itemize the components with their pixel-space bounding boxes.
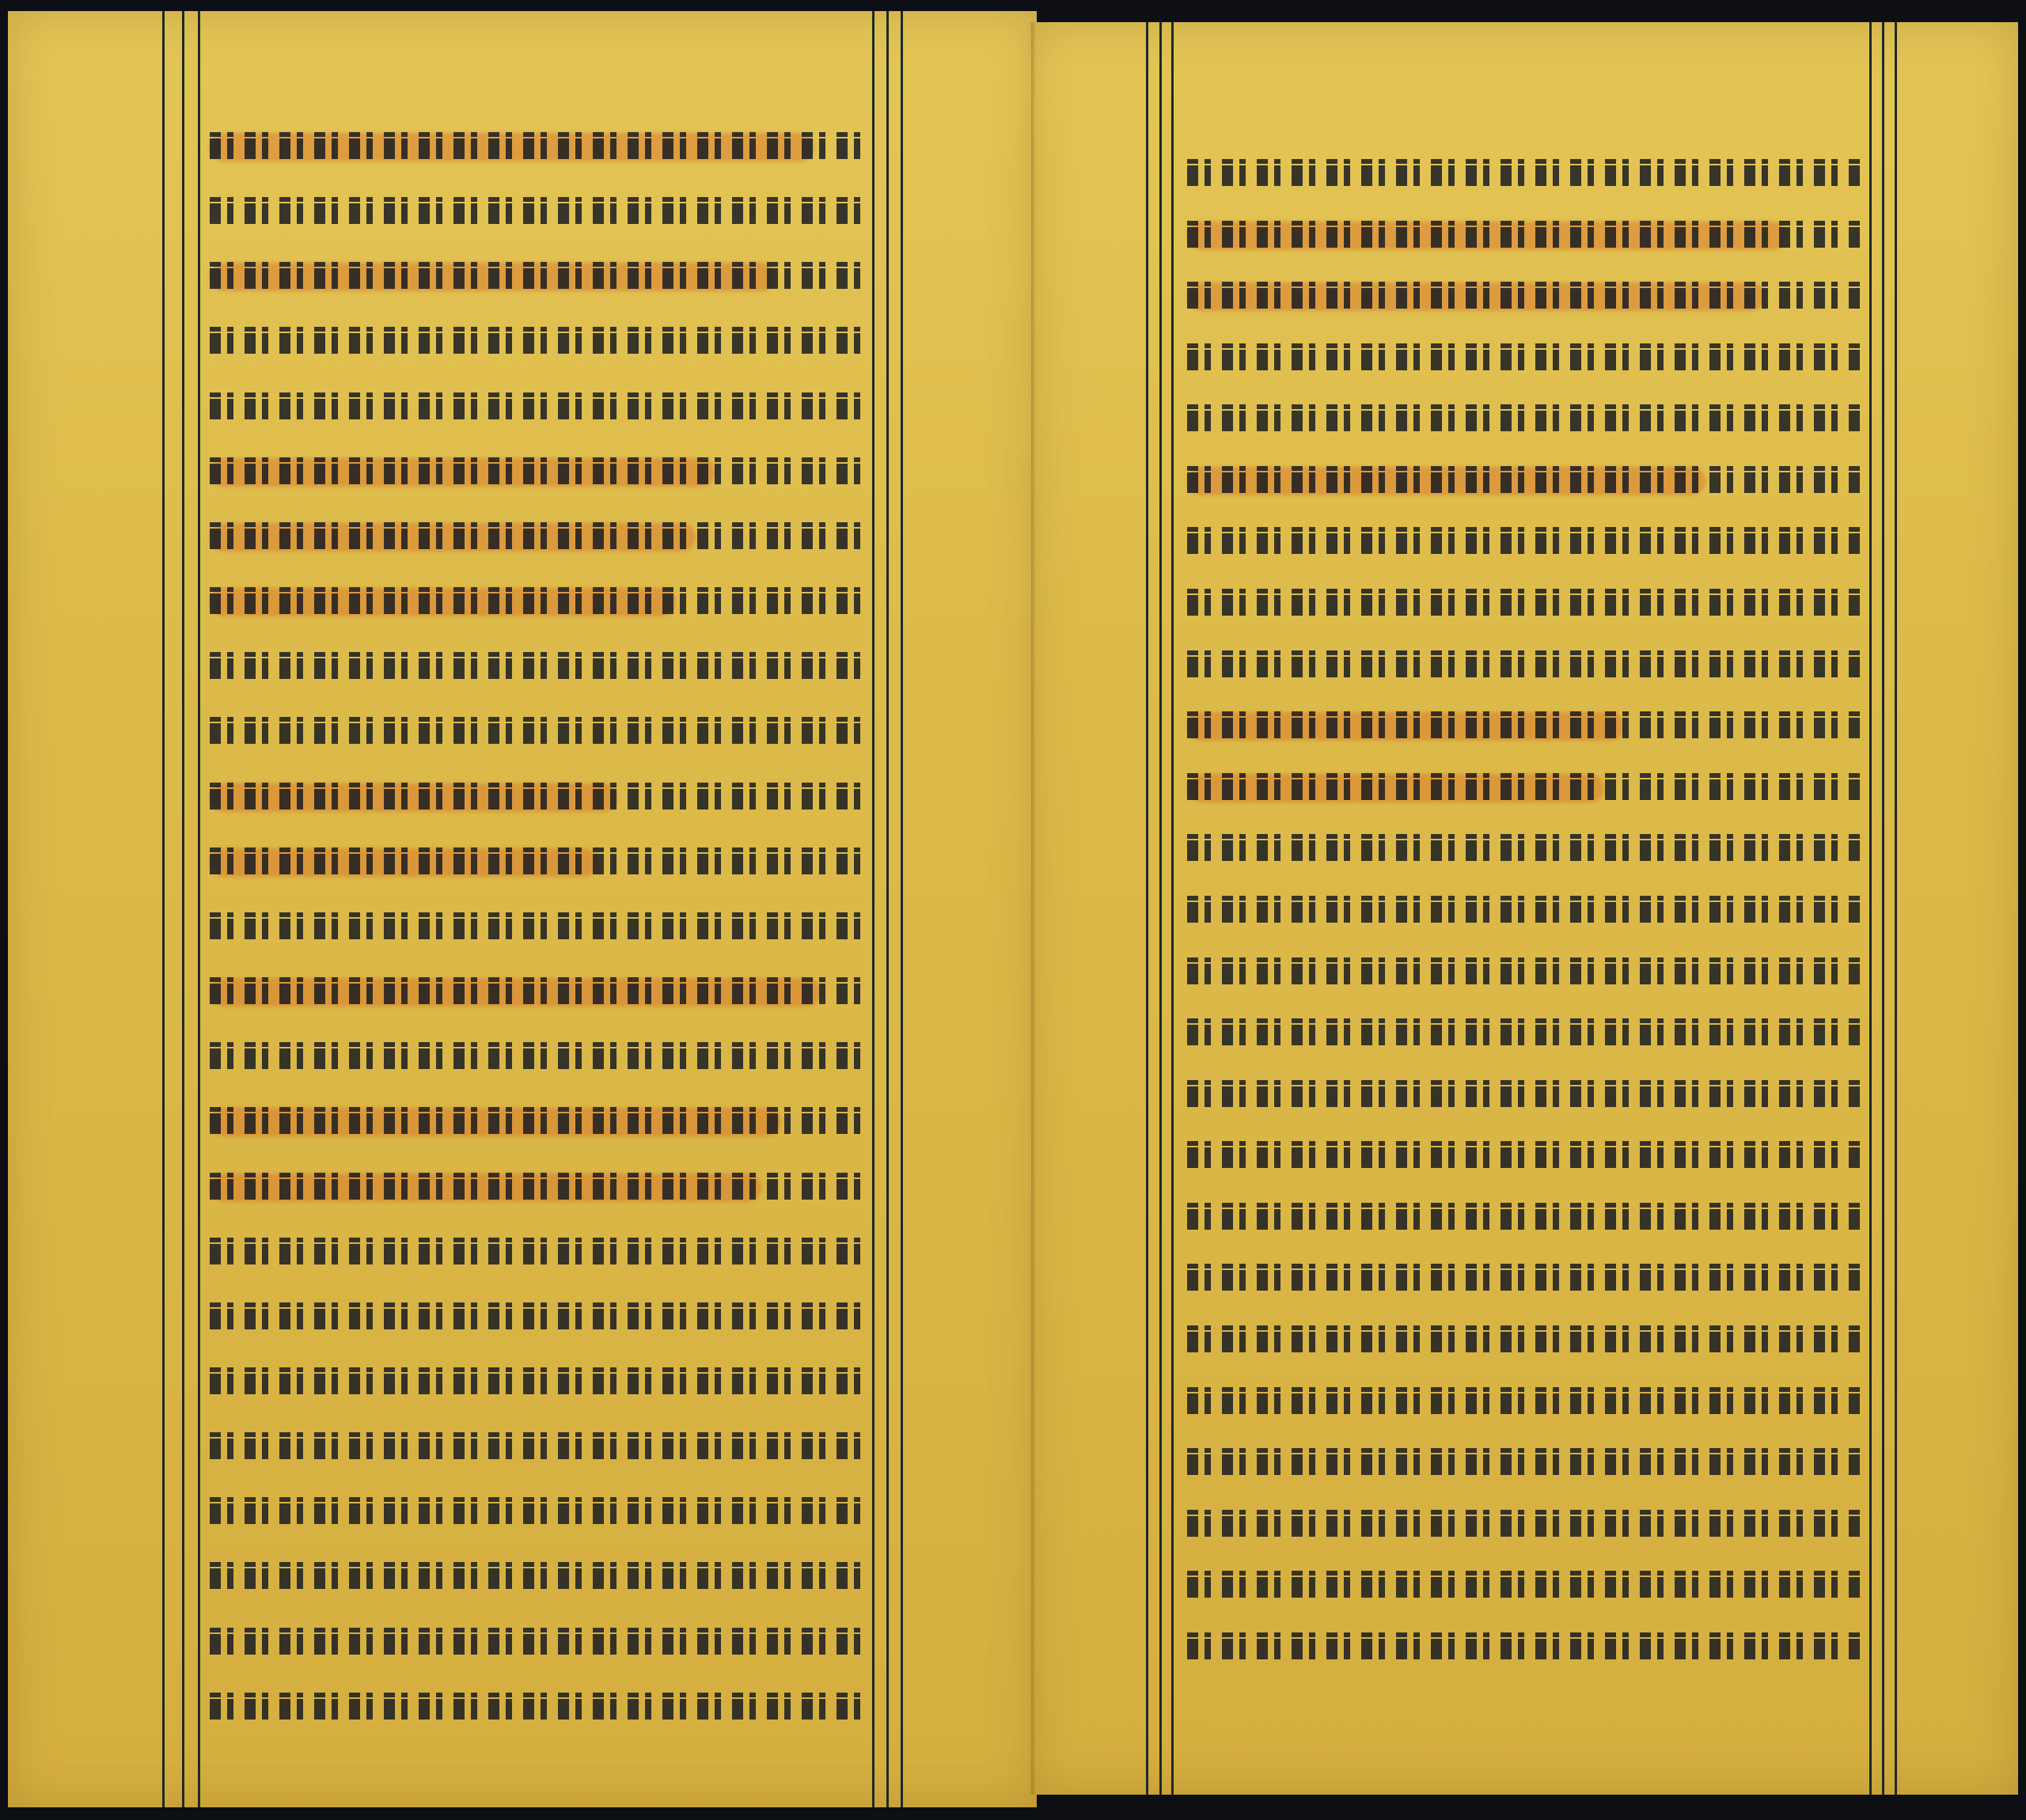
manuscript-line xyxy=(1187,333,1860,379)
manuscript-line xyxy=(210,317,867,362)
handwritten-script xyxy=(1187,1566,1860,1601)
handwritten-script xyxy=(210,257,867,292)
handwritten-script xyxy=(1187,522,1860,557)
handwritten-script xyxy=(1187,400,1860,434)
margin-rule xyxy=(162,11,165,1807)
margin-rule xyxy=(1869,22,1872,1795)
handwritten-script xyxy=(1187,277,1860,312)
handwritten-script xyxy=(210,1688,867,1723)
manuscript-line xyxy=(210,252,867,298)
handwritten-script xyxy=(1187,1443,1860,1478)
manuscript-line xyxy=(1187,947,1860,993)
handwritten-script xyxy=(1187,768,1860,803)
manuscript-line xyxy=(210,1422,867,1468)
margin-rule xyxy=(1895,22,1897,1795)
handwritten-script xyxy=(210,1428,867,1462)
manuscript-line xyxy=(210,707,867,753)
margin-rule xyxy=(872,11,875,1807)
manuscript-line xyxy=(1187,210,1860,256)
handwritten-script xyxy=(210,1168,867,1203)
handwritten-script xyxy=(210,1363,867,1397)
manuscript-line xyxy=(1187,1315,1860,1361)
manuscript-line xyxy=(210,1617,867,1663)
handwritten-script xyxy=(1187,646,1860,681)
margin-rule xyxy=(182,11,184,1807)
right-page-text-block xyxy=(1187,149,1860,1668)
margin-rule xyxy=(1171,22,1174,1795)
handwritten-script xyxy=(1187,891,1860,926)
manuscript-line xyxy=(1187,824,1860,870)
manuscript-line xyxy=(210,1032,867,1078)
handwritten-script xyxy=(1187,154,1860,189)
manuscript-line xyxy=(1187,1560,1860,1606)
manuscript-page-left xyxy=(8,11,1037,1807)
handwritten-script xyxy=(210,388,867,423)
handwritten-script xyxy=(210,1037,867,1072)
handwritten-script xyxy=(210,127,867,162)
manuscript-line xyxy=(1187,517,1860,563)
handwritten-script xyxy=(210,908,867,942)
handwritten-script xyxy=(1187,1259,1860,1294)
handwritten-script xyxy=(1187,584,1860,619)
handwritten-script xyxy=(210,1102,867,1137)
handwritten-script xyxy=(210,582,867,617)
manuscript-line xyxy=(1187,1253,1860,1299)
manuscript-line xyxy=(1187,1192,1860,1238)
handwritten-script xyxy=(1187,1198,1860,1233)
manuscript-line xyxy=(210,382,867,428)
manuscript-line xyxy=(210,837,867,883)
manuscript-line xyxy=(1187,456,1860,502)
manuscript-line xyxy=(210,1227,867,1273)
manuscript-line xyxy=(210,577,867,623)
manuscript-line xyxy=(1187,271,1860,317)
manuscript-line xyxy=(1187,1500,1860,1545)
manuscript-line xyxy=(210,1097,867,1143)
handwritten-script xyxy=(1187,1628,1860,1663)
manuscript-line xyxy=(1187,149,1860,195)
handwritten-script xyxy=(210,843,867,878)
handwritten-script xyxy=(210,322,867,357)
handwritten-script xyxy=(1187,1136,1860,1171)
manuscript-line xyxy=(1187,1438,1860,1484)
margin-rule xyxy=(198,11,200,1807)
manuscript-line xyxy=(1187,763,1860,809)
handwritten-script xyxy=(1187,461,1860,496)
manuscript-line xyxy=(1187,1070,1860,1116)
handwritten-script xyxy=(210,1233,867,1268)
manuscript-line xyxy=(210,1487,867,1533)
margin-rule xyxy=(1882,22,1884,1795)
margin-rule xyxy=(901,11,903,1807)
handwritten-script xyxy=(210,712,867,747)
manuscript-page-right xyxy=(1029,22,2018,1795)
handwritten-script xyxy=(210,1492,867,1527)
manuscript-line xyxy=(1187,1131,1860,1177)
manuscript-line xyxy=(210,447,867,493)
handwritten-script xyxy=(1187,1014,1860,1048)
handwritten-script xyxy=(1187,1382,1860,1417)
manuscript-line xyxy=(1187,885,1860,931)
handwritten-script xyxy=(210,518,867,552)
left-page-text-block xyxy=(210,122,867,1728)
manuscript-line xyxy=(1187,1377,1860,1423)
manuscript-line xyxy=(210,1292,867,1338)
handwritten-script xyxy=(210,1298,867,1333)
manuscript-line xyxy=(210,1357,867,1403)
manuscript-line xyxy=(210,512,867,558)
manuscript-line xyxy=(1187,394,1860,440)
manuscript-line xyxy=(1187,1008,1860,1054)
handwritten-script xyxy=(210,973,867,1007)
handwritten-script xyxy=(1187,1321,1860,1356)
book-fold xyxy=(1031,22,1036,1795)
handwritten-script xyxy=(1187,216,1860,251)
manuscript-line xyxy=(210,772,867,818)
margin-rule xyxy=(886,11,889,1807)
handwritten-script xyxy=(210,647,867,682)
manuscript-line xyxy=(1187,701,1860,747)
manuscript-line xyxy=(1187,640,1860,686)
handwritten-script xyxy=(1187,829,1860,864)
manuscript-line xyxy=(210,1162,867,1208)
manuscript-line xyxy=(210,1552,867,1598)
manuscript-line xyxy=(1187,578,1860,624)
handwritten-script xyxy=(210,1623,867,1658)
manuscript-line xyxy=(210,187,867,233)
handwritten-script xyxy=(1187,339,1860,373)
manuscript-line xyxy=(210,642,867,688)
margin-rule xyxy=(1146,22,1148,1795)
manuscript-line xyxy=(210,967,867,1013)
handwritten-script xyxy=(1187,707,1860,741)
handwritten-script xyxy=(1187,1505,1860,1540)
manuscript-line xyxy=(210,902,867,948)
handwritten-script xyxy=(210,778,867,813)
handwritten-script xyxy=(1187,1075,1860,1110)
handwritten-script xyxy=(1187,953,1860,988)
manuscript-line xyxy=(210,1682,867,1728)
margin-rule xyxy=(1159,22,1162,1795)
handwritten-script xyxy=(210,192,867,227)
manuscript-line xyxy=(1187,1622,1860,1668)
manuscript-line xyxy=(210,122,867,168)
handwritten-script xyxy=(210,453,867,487)
handwritten-script xyxy=(210,1557,867,1592)
